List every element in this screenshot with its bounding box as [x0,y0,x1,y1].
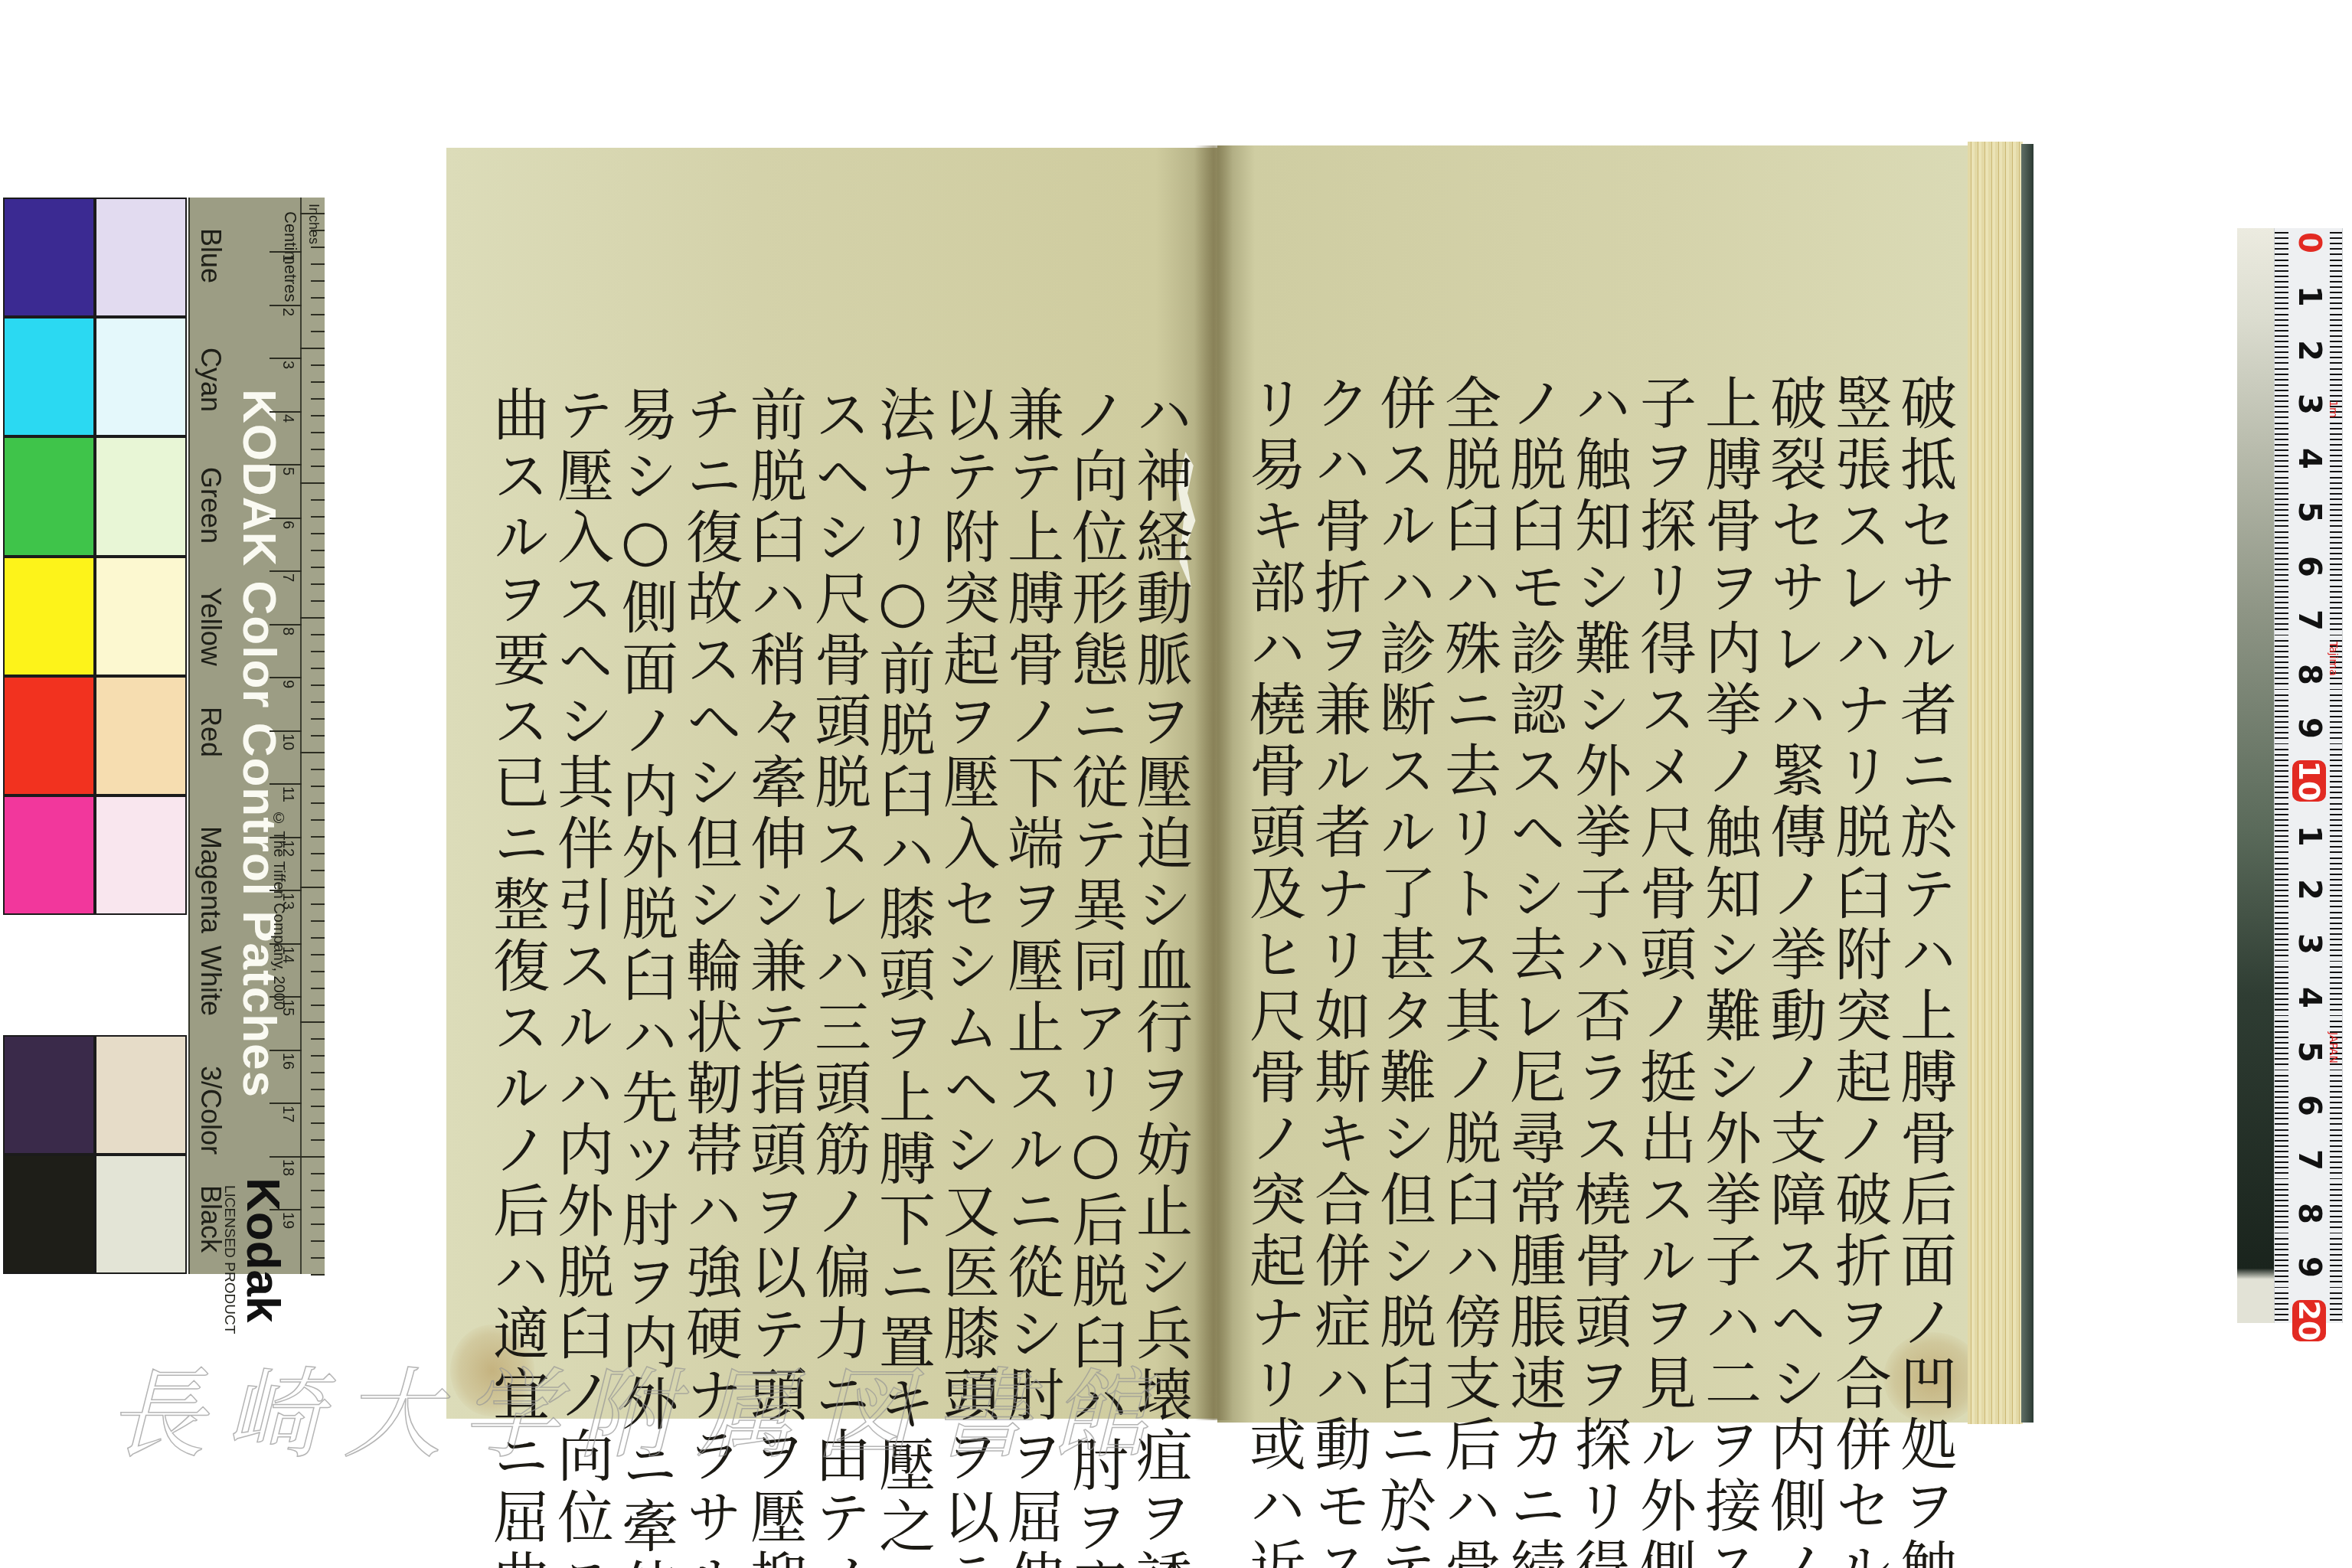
left-page-text: ハ神経動脈ヲ壓迫シ血行ヲ妨止シ兵壊疽ヲ誘起スル了アリ○処置ハ脱臼ノ向位形態ニ従テ… [476,385,1188,1334]
inch-tick [311,1223,325,1225]
inch-tick [311,247,325,248]
inch-tick [311,1072,325,1073]
page-edge-stack [1968,142,2023,1424]
color-patch-3-color-light [95,1035,187,1155]
cm-tick [269,1209,302,1210]
inch-tick [311,230,325,231]
watermark-char: 書 [933,1367,1031,1474]
patch-label: Yellow [194,587,227,666]
inch-tick [311,1240,325,1242]
tape-number: 7 [2292,1139,2327,1181]
inch-tick [300,348,325,349]
patch-label: Magenta [194,826,227,933]
cm-tick [269,677,302,678]
inch-tick [311,415,325,416]
inch-tick [300,1156,325,1158]
text-column: ノ向位形態ニ従テ異同アリ○后脱臼ハ肘ヲ牽伸シ冠状突起ヲ高脱シ [1069,385,1124,1334]
cm-tick-label: 8 [279,627,296,635]
inch-tick [311,1004,325,1006]
text-column: ノ脱臼モ診認スヘシ去レ尼尋常腫脹速カニ続発メ診断シ易カラス不 [1507,374,1562,1323]
inch-tick [311,853,325,854]
inch-tick [311,398,325,400]
tape-number: 1 [2292,276,2327,317]
tape-number: 7 [2292,599,2327,641]
inch-tick [311,550,325,551]
inch-tick [311,449,325,450]
color-patch-magenta-dark [3,795,95,915]
text-column: チニ復故スヘシ但シ輪状靭帯ハ強硬ナラサルカ故ニ動モスレハ再ヒ脱去シ [683,385,738,1334]
tape-number: 5 [2292,1031,2327,1073]
color-patch-red-dark [3,676,95,795]
inch-tick [300,752,325,753]
color-patch-yellow-light [95,557,187,676]
cm-tick-label: 6 [279,521,296,529]
color-patch-green-dark [3,436,95,556]
inch-tick [311,819,325,821]
library-watermark: 長崎大学附属図書館 [107,1367,1148,1474]
inch-tick [311,583,325,585]
inch-tick [311,331,325,332]
inch-tick [311,769,325,770]
watermark-char: 館 [1050,1367,1148,1474]
inch-tick [311,718,325,720]
watermark-char: 属 [697,1367,795,1474]
inch-tick [311,684,325,686]
tape-number: 2 [2292,869,2327,910]
inch-tick [311,314,325,315]
cm-tick-label: 10 [279,733,296,750]
tape-number: 9 [2292,1246,2327,1288]
cm-tick-label: 16 [279,1053,296,1070]
text-column: ハ神経動脈ヲ壓迫シ血行ヲ妨止シ兵壊疽ヲ誘起スル了アリ○処置ハ脱臼 [1133,385,1188,1334]
inches-label: Inches [305,204,322,244]
inch-tick [300,617,325,619]
color-patches-grid [3,198,187,1274]
tape-country-label: JAPAN [2327,1032,2339,1063]
inch-tick [311,651,325,652]
inch-tick [311,297,325,299]
color-patch-white-light [95,915,187,1034]
watermark-char: 学 [461,1367,559,1474]
inch-tick [311,567,325,568]
tape-number: 3 [2292,384,2327,425]
text-column: 全脱臼ハ殊ニ去リトス其ノ脱臼ハ傍支后ハ骨折最モ多シトス骨折ヲ合 [1442,374,1497,1323]
inch-tick [311,516,325,518]
inch-tick [311,533,325,534]
inch-tick [311,634,325,635]
cm-tick-label: 5 [279,467,296,475]
cm-tick [269,783,302,785]
cm-tick-label: 12 [279,840,296,857]
tape-number: 1 [2292,815,2327,857]
cm-tick [269,1156,302,1158]
watermark-char: 崎 [225,1367,323,1474]
text-column: 前脱臼ハ稍々牽伸シ兼テ指頭ヲ以テ頭ヲ壓抑シ円片ニ肘ヲ屈曲スレハ直 [747,385,802,1334]
cm-tick [269,411,302,413]
color-patch-3-color-dark [3,1035,95,1155]
inch-tick [300,1021,325,1023]
cm-tick-label: 14 [279,946,296,963]
cm-tick [269,464,302,465]
watermark-char: 長 [107,1367,205,1474]
book-cover-edge [2021,144,2033,1423]
cm-tick [269,837,302,838]
watermark-char: 附 [579,1367,677,1474]
inch-tick [311,1190,325,1191]
inch-tick [311,263,325,265]
text-column: 法ナリ○前脱臼ハ膝頭ヲ上膊下ニ置キ壓之レ以テ肘ヲ牽伸シ兼テ之ヲ屈曲 [876,385,931,1334]
cm-tick-label: 19 [279,1212,296,1229]
cm-tick [269,1050,302,1051]
tape-number: 10 [2292,760,2326,802]
tape-unit-mark: 1m [2327,400,2339,418]
tape-number: 6 [2292,1085,2327,1126]
cm-tick-label: 11 [279,786,296,802]
color-patch-blue-dark [3,198,95,317]
inch-tick [311,432,325,433]
text-column: 易シ○側面ノ内外脱臼ハ先ツ肘ヲ内外ニ牽伸シ兼テ脱骨頭ヲ指頭ニ由 [619,385,674,1334]
inch-tick [311,1274,325,1276]
inch-tick [311,870,325,871]
inch-tick [311,499,325,501]
text-column: 併スルハ診断スル了甚タ難シ但シ脱臼ニ於テハ挙動ヲ防碍セサル者ハ多 [1377,374,1432,1323]
tape-number: 4 [2292,977,2327,1018]
patch-label: 3/Color [194,1066,227,1155]
patch-label: Black [194,1185,227,1253]
inch-tick [311,1089,325,1090]
measuring-tape: 1m Tajima JAPAN 01234567891012345678920 [2274,228,2343,1323]
color-patch-black-light [95,1155,187,1274]
text-column: リ易キ部ハ橈骨頭及ヒ尺骨ノ突起ナリ或ハ近傍ノ血管ヲ損傷シ或 [1246,374,1302,1323]
patch-label: Cyan [194,348,227,412]
cm-tick [269,730,302,732]
cm-tick-label: 18 [279,1159,296,1176]
inch-tick [311,1207,325,1208]
inch-tick [300,887,325,888]
inch-tick [300,482,325,484]
text-column: 曲スルヲ要ス已ニ整復スルノ后ハ適宜ニ屈曲メ以テ「キブス」帯ヲ装置シテ [490,385,545,1334]
cm-tick [269,890,302,891]
inch-tick [311,280,325,282]
inch-tick [311,465,325,467]
inch-tick [311,836,325,838]
inch-tick [311,600,325,602]
text-column: ハ触知シ難シ外挙子ハ否ラス橈骨頭ヲ探リ得ヘシ腫脹軽易ナレハ合骨 [1572,374,1627,1323]
tape-number: 20 [2292,1300,2326,1341]
inch-tick [311,381,325,383]
inch-tick [311,364,325,366]
cm-tick [269,305,302,306]
color-patch-green-light [95,436,187,556]
cm-tick [269,996,302,998]
color-patch-red-light [95,676,187,795]
tape-measure-ruler: 1m Tajima JAPAN 01234567891012345678920 [2237,228,2344,1323]
tape-number: 5 [2292,492,2327,533]
tape-number: 9 [2292,707,2327,749]
kodak-logo: Kodak [236,1178,290,1322]
cm-tick [269,624,302,626]
inch-tick [311,802,325,804]
grey-step-wedge [2237,228,2274,1323]
cm-tick-label: 4 [279,414,296,423]
patch-label: Red [194,707,227,757]
kodak-scale-bar: Inches Centimetres KODAK Color Control P… [188,198,325,1274]
text-column: 兼テ上膊骨ノ下端ヲ壓止スルニ從シ肘ヲ屈伸スレハ整復スヘシ且ツ又前者ヲ [1004,385,1060,1334]
cm-tick-label: 13 [279,893,296,910]
text-column: 以テ附突起ヲ壓入セシムヘシ又医膝頭ヲ以テ上膊骨下端ヲ壓之スルモ良 [940,385,995,1334]
cm-tick-label: 15 [279,999,296,1016]
color-patch-blue-light [95,198,187,317]
tape-number: 3 [2292,923,2327,965]
inch-tick [311,735,325,737]
color-patch-white-dark [3,915,95,1034]
text-column: クハ骨折ヲ兼ル者ナリ如斯キ合併症ハ動モスレハ誤認シ易シ折断ニ係 [1312,374,1367,1323]
inch-tick [311,1106,325,1107]
patch-label: White [194,946,227,1016]
text-column: 破裂セサレハ緊傳ノ挙動ノ支障スヘシ内側ノ脱臼ハ肘ノ横径増大シテ [1767,374,1822,1323]
kodak-color-control-chart: Inches Centimetres KODAK Color Control P… [3,198,325,1274]
watermark-char: 大 [343,1367,441,1474]
tape-number: 6 [2292,546,2327,587]
text-column: 破抵セサル者ニ於テハ上膊骨后面ノ凹処ヲ触知ス可ラス其故ハ三頭筋 [1897,374,1952,1323]
patch-label: Blue [194,228,227,283]
tape-number: 4 [2292,438,2327,479]
cm-tick [269,1102,302,1104]
patch-label: Green [194,467,227,544]
tape-number: 8 [2292,1193,2327,1234]
book-gutter [1194,145,1233,1420]
inch-tick [311,971,325,972]
cm-tick-label: 2 [279,308,296,316]
text-column: 上膊骨ヲ内挙ノ触知シ難シ外挙子ハ二ヲ接スルニ触ノ触覚スヘシ内挙 [1702,374,1757,1323]
cm-tick-label: 9 [279,680,296,688]
cm-tick [269,518,302,519]
cm-tick-label: 7 [279,573,296,582]
text-column: スヘシ尺骨頭脱スレハ三頭筋ノ偏力ニ由テノ速ニ整復スヘシ又久橈骨ノ [812,385,867,1334]
cm-tick-label: 1 [279,254,296,263]
inch-tick [311,1055,325,1057]
inch-tick [311,786,325,787]
cm-tick-label: 17 [279,1106,296,1122]
tape-number: 2 [2292,330,2327,371]
text-column: 竪張スレハナリ脱臼附突起ノ破折ヲ合併セル者ハ稍々肘ヲ運搬ス可シ [1832,374,1887,1323]
cm-tick-label: 3 [279,361,296,369]
inch-tick [311,903,325,905]
text-column: テ壓入スヘシ其伴引スルハ内外脱臼ノ向位ニ反メ牽引スヘシ円片ニ肘ヲ屈 [554,385,609,1334]
inch-tick [311,1173,325,1174]
inch-tick [311,1257,325,1259]
tape-number: 0 [2292,222,2327,263]
cm-tick [269,943,302,945]
inch-tick [311,668,325,669]
color-patch-cyan-light [95,317,187,436]
inch-tick [311,954,325,955]
color-patch-black-dark [3,1155,95,1274]
tape-brand-label: Tajima [2327,642,2339,676]
inch-tick [311,1139,325,1141]
inch-tick [311,988,325,989]
cm-tick [269,251,302,253]
color-patch-magenta-light [95,795,187,915]
text-column: 子ヲ探リ得スメ尺骨頭ノ挺出スルヲ見ル外側ノ脱臼ニ於テハ内挙子 [1637,374,1692,1323]
tape-number: 8 [2292,654,2327,695]
cm-tick [269,358,302,359]
inch-tick [311,920,325,922]
inch-tick [300,213,325,214]
inch-tick [311,1038,325,1040]
color-patch-yellow-dark [3,557,95,676]
cm-tick [269,570,302,572]
inch-tick [311,937,325,939]
watermark-char: 図 [815,1367,913,1474]
inch-tick [311,1122,325,1124]
color-patch-cyan-dark [3,317,95,436]
right-page-text: 破抵セサル者ニ於テハ上膊骨后面ノ凹処ヲ触知ス可ラス其故ハ三頭筋竪張スレハナリ脱臼… [1256,374,1952,1323]
inch-tick [311,701,325,703]
